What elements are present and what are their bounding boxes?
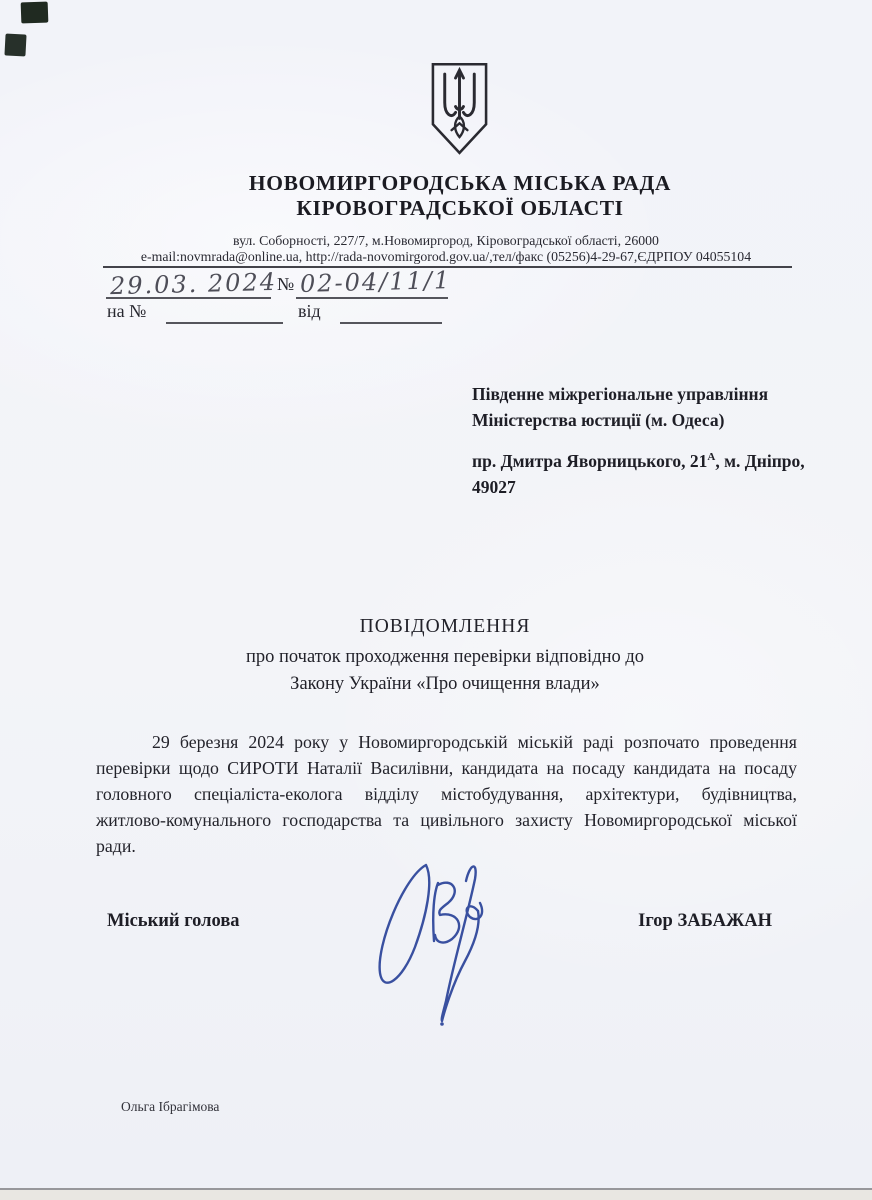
org-address-line2: e-mail:novmrada@online.ua, http://rada-n… xyxy=(36,249,856,265)
document-subtitle-line2: Закону України «Про очищення влади» xyxy=(95,671,795,698)
handwritten-date: 29.03. 2024 xyxy=(110,268,278,300)
recipient-organization: Південне міжрегіональне управління Мініс… xyxy=(472,381,814,433)
org-address-line1: вул. Соборності, 227/7, м.Новомиргород, … xyxy=(36,233,856,249)
reply-to-number-label: на № xyxy=(107,301,146,322)
handwritten-signature xyxy=(368,853,530,1045)
scanned-letter-page: НОВОМИРГОРОДСЬКА МІСЬКА РАДА КІРОВОГРАДС… xyxy=(0,0,872,1200)
scan-artifact-mark xyxy=(21,2,49,24)
org-name-line2: КІРОВОГРАДСЬКОЇ ОБЛАСТІ xyxy=(50,196,870,221)
recipient-address-prefix: пр. Дмитра Яворницького, 21 xyxy=(472,451,707,471)
date-underline xyxy=(106,297,271,299)
document-subtitle-line1: про початок проходження перевірки відпов… xyxy=(95,644,795,671)
org-name-line1: НОВОМИРГОРОДСЬКА МІСЬКА РАДА xyxy=(50,171,870,196)
handwritten-outgoing-number: 02-04/11/1 xyxy=(300,266,452,298)
ukraine-tryzub-shield-icon xyxy=(428,61,491,158)
scanner-edge-strip xyxy=(0,1188,872,1200)
document-title: ПОВІДОМЛЕННЯ xyxy=(95,616,795,638)
reply-from-date-label: від xyxy=(298,301,321,322)
org-address-block: вул. Соборності, 227/7, м.Новомиргород, … xyxy=(36,233,856,264)
reply-number-blank-line xyxy=(166,322,283,324)
signer-position-title: Міський голова xyxy=(107,911,240,932)
executor-name: Ольга Ібрагімова xyxy=(121,1099,219,1115)
scan-artifact-mark xyxy=(4,33,26,56)
signer-name: Ігор ЗАБАЖАН xyxy=(638,911,772,932)
document-title-block: ПОВІДОМЛЕННЯ про початок проходження пер… xyxy=(95,616,795,698)
number-underline xyxy=(296,297,448,299)
recipient-address: пр. Дмитра Яворницького, 21А, м. Дніпро,… xyxy=(472,444,814,500)
reply-date-blank-line xyxy=(340,322,442,324)
number-sign-label: № xyxy=(277,274,294,295)
recipient-block: Південне міжрегіональне управління Мініс… xyxy=(472,381,814,500)
body-paragraph: 29 березня 2024 року у Новомиргородській… xyxy=(96,729,797,859)
